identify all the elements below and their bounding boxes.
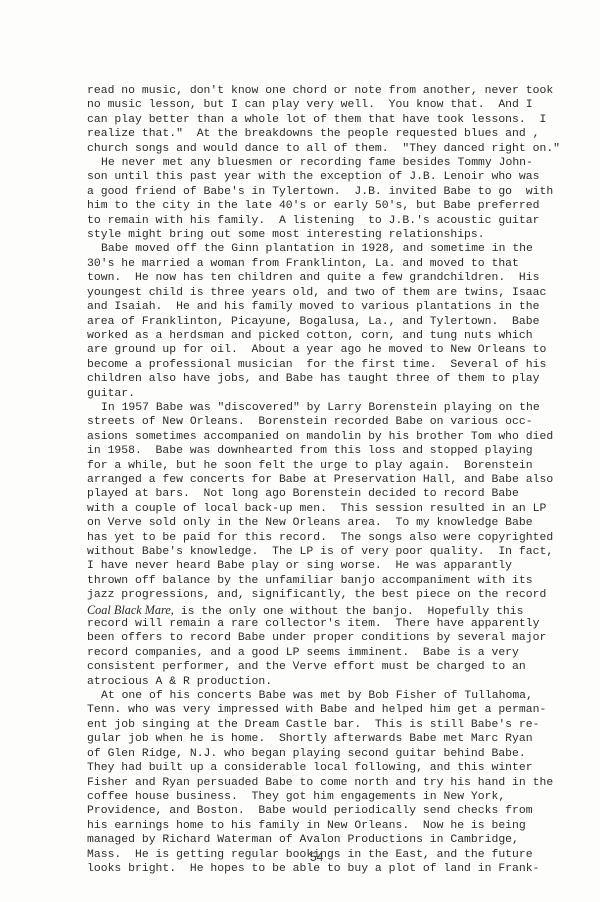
text-line: thrown off balance by the unfamiliar ban… [87,574,567,588]
text-line: of Glen Ridge, N.J. who began playing se… [87,747,567,761]
text-line: 30's he married a woman from Franklinton… [87,257,567,271]
text-line: his earnings home to his family in New O… [87,819,567,833]
text-line: arranged a few concerts for Babe at Pres… [87,473,567,487]
text-line: a good friend of Babe's in Tylertown. J.… [87,185,567,199]
text-span: is the only one without the banjo. Hopef… [174,606,524,618]
text-line: Providence, and Boston. Babe would perio… [87,804,567,818]
text-line: asions sometimes accompanied on mandolin… [87,430,567,444]
text-line: become a professional musician for the f… [87,358,567,372]
text-line: town. He now has ten children and quite … [87,271,567,285]
text-line: to remain with his family. A listening t… [87,214,567,228]
text-line: record will remain a rare collector's it… [87,617,567,631]
text-line: jazz progressions, and, significantly, t… [87,588,567,602]
text-line: area of Franklinton, Picayune, Bogalusa,… [87,315,567,329]
text-line: church songs and would dance to all of t… [87,142,567,156]
text-line: can play better than a whole lot of them… [87,113,567,127]
text-line: Coal Black Mare, is the only one without… [87,603,567,617]
text-line: Mass. He is getting regular bookings in … [87,848,567,862]
text-line: coffee house business. They got him enga… [87,790,567,804]
text-line: read no music, don't know one chord or n… [87,84,567,98]
text-line: has yet to be paid for this record. The … [87,531,567,545]
text-line: realize that." At the breakdowns the peo… [87,127,567,141]
text-line: I have never heard Babe play or sing wor… [87,559,567,573]
text-line: He never met any bluesmen or recording f… [87,156,567,170]
text-line: gular job when he is home. Shortly after… [87,732,567,746]
text-line: Babe moved off the Ginn plantation in 19… [87,242,567,256]
album-title: Coal Black Mare, [87,603,174,617]
text-line: without Babe's knowledge. The LP is of v… [87,545,567,559]
text-line: him to the city in the late 40's or earl… [87,199,567,213]
text-line: youngest child is three years old, and t… [87,286,567,300]
text-line: on Verve sold only in the New Orleans ar… [87,516,567,530]
text-line: Fisher and Ryan persuaded Babe to come n… [87,776,567,790]
text-line: with a couple of local back-up men. This… [87,502,567,516]
text-line: Tenn. who was very impressed with Babe a… [87,703,567,717]
text-line: son until this past year with the except… [87,170,567,184]
text-line: are ground up for oil. About a year ago … [87,343,567,357]
text-line: no music lesson, but I can play very wel… [87,98,567,112]
text-line: children also have jobs, and Babe has ta… [87,372,567,386]
text-line: atrocious A & R production. [87,675,567,689]
text-line: and Isaiah. He and his family moved to v… [87,300,567,314]
text-line: looks bright. He hopes to be able to buy… [87,862,567,876]
text-line: for a while, but he soon felt the urge t… [87,459,567,473]
text-line: In 1957 Babe was "discovered" by Larry B… [87,401,567,415]
text-line: worked as a herdsman and picked cotton, … [87,329,567,343]
text-line: guitar. [87,387,567,401]
text-line: At one of his concerts Babe was met by B… [87,689,567,703]
text-line: played at bars. Not long ago Borenstein … [87,487,567,501]
document-body: read no music, don't know one chord or n… [87,84,567,876]
text-line: streets of New Orleans. Borenstein recor… [87,415,567,429]
page-number: 54 [310,850,323,864]
text-line: been offers to record Babe under proper … [87,631,567,645]
text-line: record companies, and a good LP seems im… [87,646,567,660]
text-line: They had built up a considerable local f… [87,761,567,775]
text-line: in 1958. Babe was downhearted from this … [87,444,567,458]
text-line: style might bring out some most interest… [87,228,567,242]
text-line: managed by Richard Waterman of Avalon Pr… [87,833,567,847]
text-line: consistent performer, and the Verve effo… [87,660,567,674]
text-line: ent job singing at the Dream Castle bar.… [87,718,567,732]
